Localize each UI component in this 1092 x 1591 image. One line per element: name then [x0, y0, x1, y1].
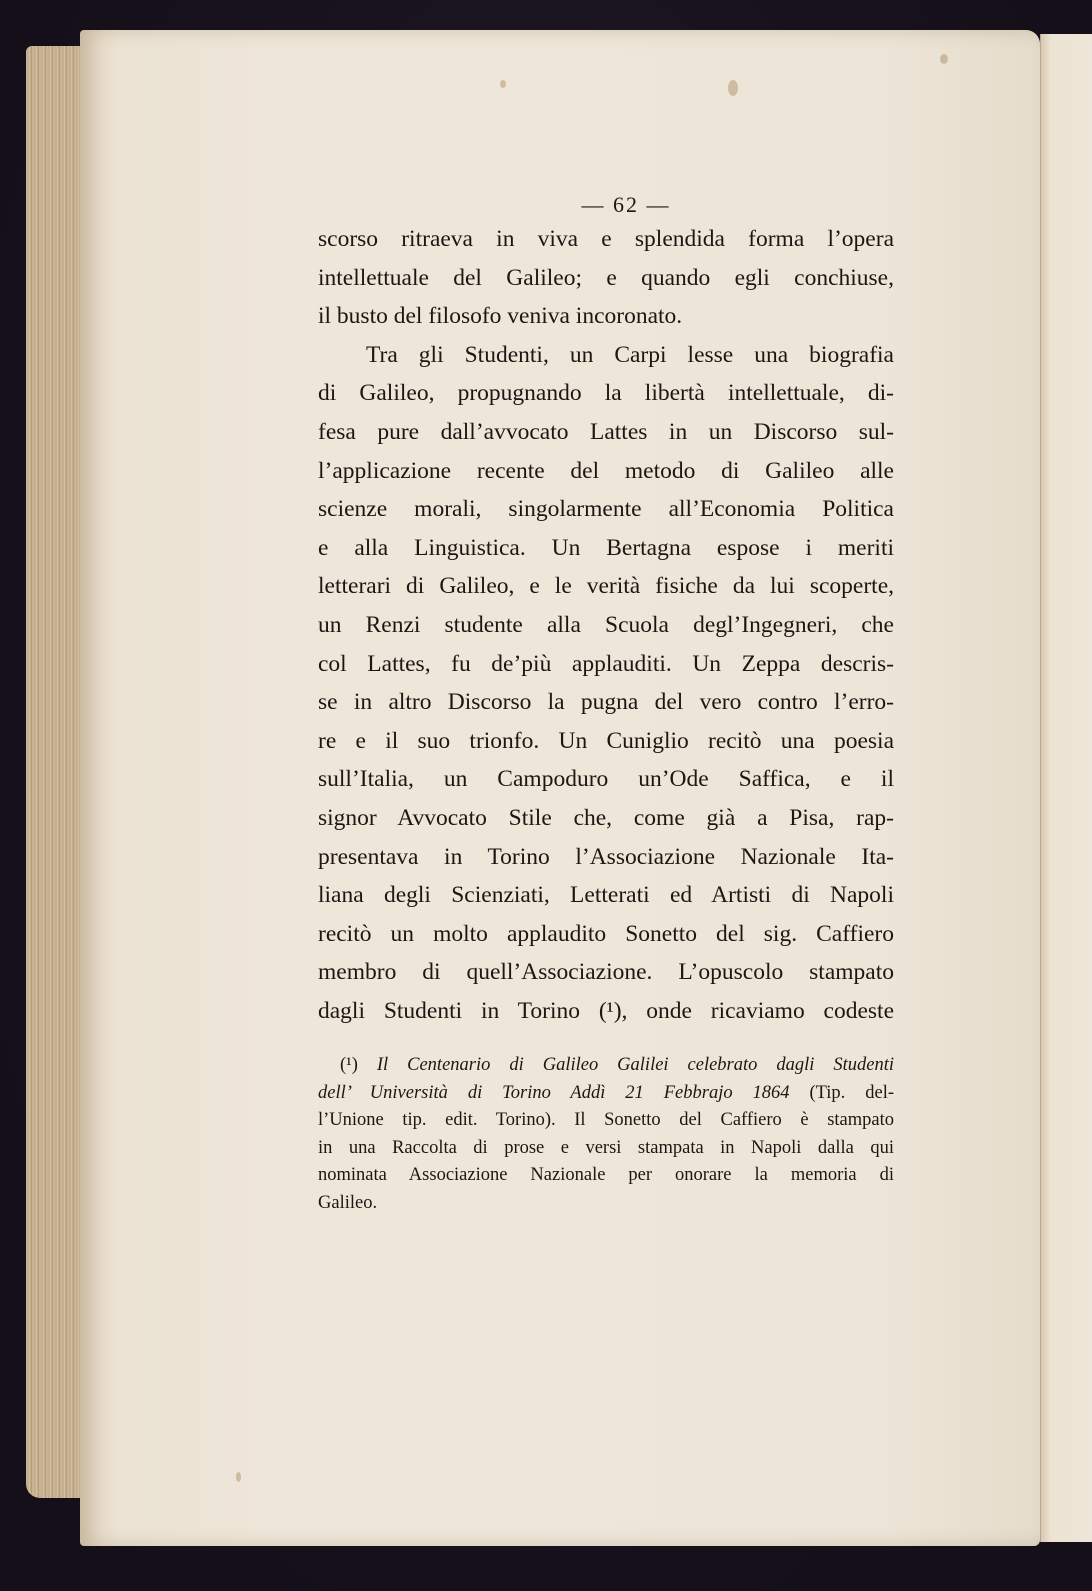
footnote-line: in una Raccolta di prose e versi stampat…	[318, 1135, 894, 1163]
footnote-line: nominata Associazione Nazionale per onor…	[318, 1162, 894, 1190]
body-line: un Renzi studente alla Scuola degl’Ingeg…	[318, 606, 894, 645]
body-line: dagli Studenti in Torino (¹), onde ricav…	[318, 992, 894, 1031]
body-line: fesa pure dall’avvocato Lattes in un Dis…	[318, 413, 894, 452]
foxing-stain	[236, 1472, 241, 1482]
body-line: l’applicazione recente del metodo di Gal…	[318, 452, 894, 491]
body-line: membro di quell’Associazione. L’opuscolo…	[318, 953, 894, 992]
body-line: Tra gli Studenti, un Carpi lesse una bio…	[318, 336, 894, 375]
page-content: — 62 — scorso ritraeva in viva e splendi…	[318, 190, 894, 1217]
footnote-line: l’Unione tip. edit. Torino). Il Sonetto …	[318, 1107, 894, 1135]
footnote: (¹) Il Centenario di Galileo Galilei cel…	[318, 1052, 894, 1217]
body-text: scorso ritraeva in viva e splendida form…	[318, 220, 894, 1030]
body-line: di Galileo, propugnando la libertà intel…	[318, 374, 894, 413]
body-line: letterari di Galileo, e le verità fisich…	[318, 567, 894, 606]
body-line: intellettuale del Galileo; e quando egli…	[318, 259, 894, 298]
body-line: scorso ritraeva in viva e splendida form…	[318, 220, 894, 259]
body-line: se in altro Discorso la pugna del vero c…	[318, 683, 894, 722]
body-line: presentava in Torino l’Associazione Nazi…	[318, 838, 894, 877]
body-line: sull’Italia, un Campoduro un’Ode Saffica…	[318, 760, 894, 799]
body-line: re e il suo trionfo. Un Cuniglio recitò …	[318, 722, 894, 761]
body-line: liana degli Scienziati, Letterati ed Art…	[318, 876, 894, 915]
foxing-stain	[728, 80, 738, 96]
body-line: recitò un molto applaudito Sonetto del s…	[318, 915, 894, 954]
body-line: e alla Linguistica. Un Bertagna espose i…	[318, 529, 894, 568]
footnote-title: dell’ Università di Torino Addì 21 Febbr…	[318, 1083, 790, 1103]
footnote-line: Galileo.	[318, 1190, 894, 1218]
foxing-stain	[940, 54, 948, 64]
body-line: signor Avvocato Stile che, come già a Pi…	[318, 799, 894, 838]
footnote-line: (¹) Il Centenario di Galileo Galilei cel…	[318, 1052, 894, 1080]
facing-page-edge	[1040, 34, 1092, 1542]
body-line: col Lattes, fu de’più applauditi. Un Zep…	[318, 645, 894, 684]
footnote-line: dell’ Università di Torino Addì 21 Febbr…	[318, 1080, 894, 1108]
foxing-stain	[500, 80, 506, 88]
footnote-marker: (¹)	[340, 1055, 358, 1075]
footnote-title: Il Centenario di Galileo Galilei celebra…	[377, 1055, 894, 1075]
body-line: il busto del filosofo veniva incoronato.	[318, 297, 894, 336]
body-line: scienze morali, singolarmente all’Econom…	[318, 490, 894, 529]
page-number: — 62 —	[358, 190, 894, 220]
